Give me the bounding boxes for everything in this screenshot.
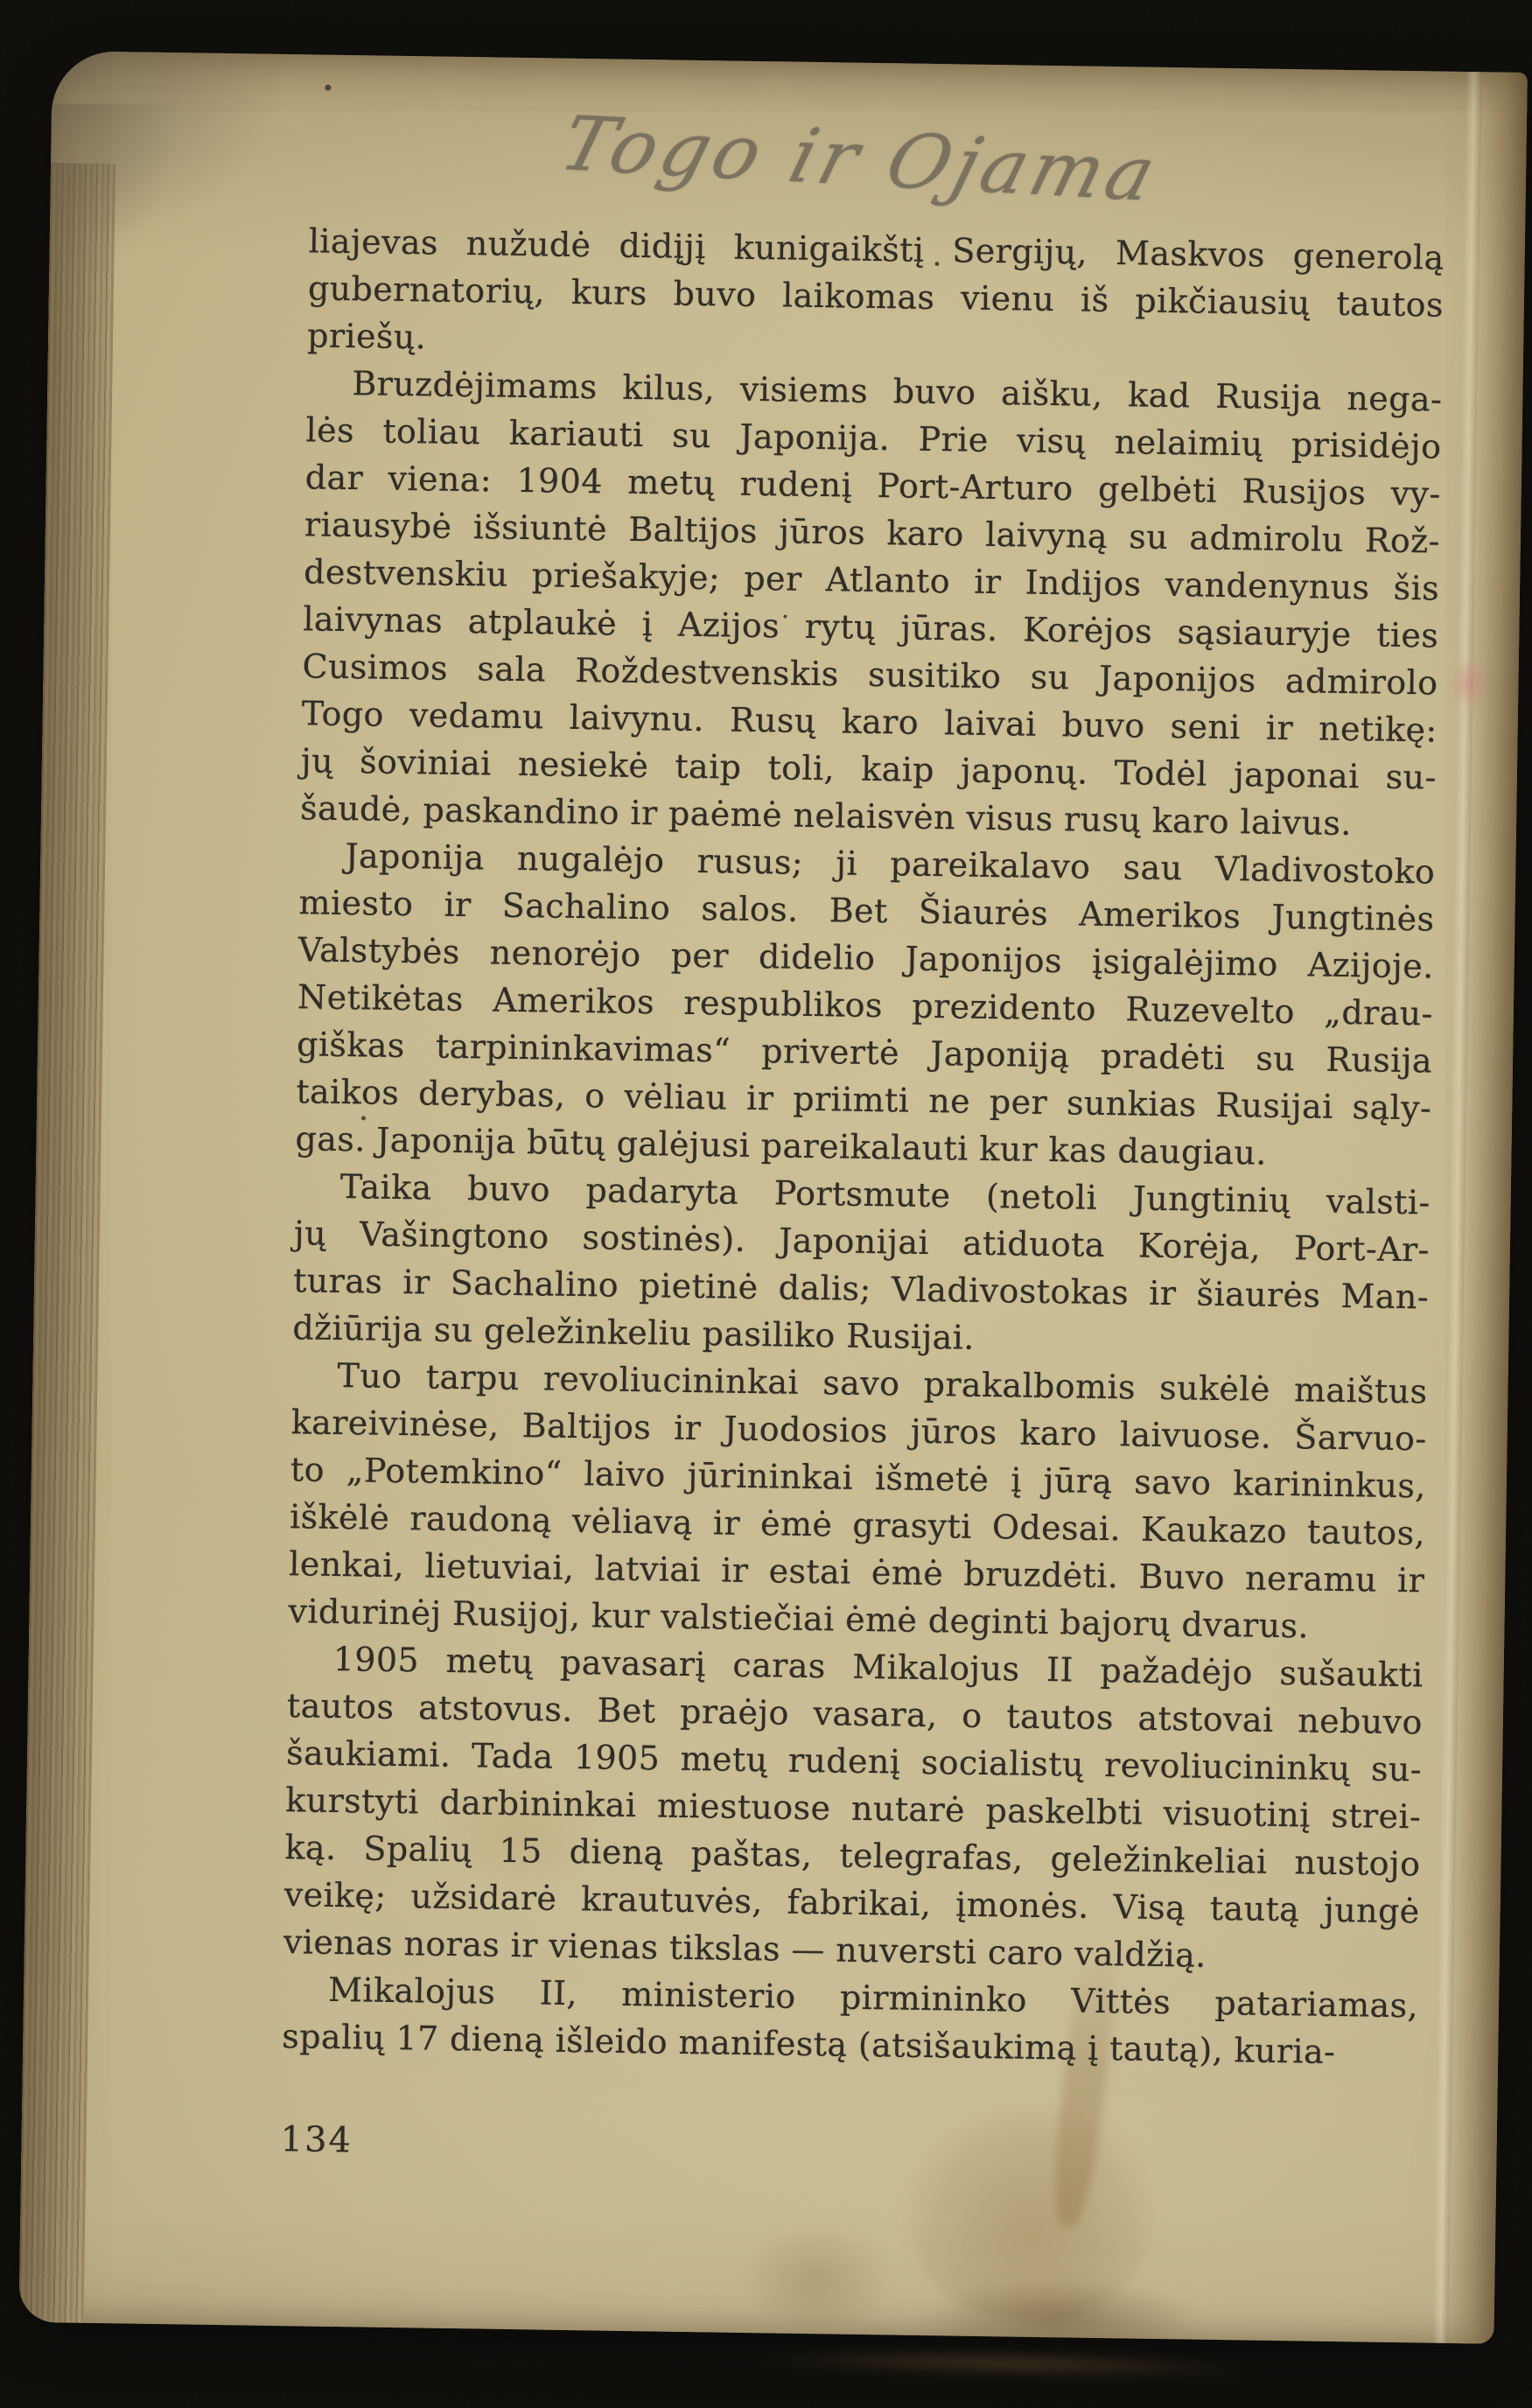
paper-stain bbox=[903, 2103, 1160, 2325]
body-text: liajevas nužudė didįjį kunigaikštį Sergi… bbox=[282, 217, 1445, 2076]
page-number: 134 bbox=[280, 2119, 353, 2160]
handwritten-annotation: Togo ir Ojama bbox=[552, 101, 1239, 222]
scan-background: Togo ir Ojama liajevas nužudė didįjį kun… bbox=[0, 0, 1532, 2408]
paper-stain bbox=[928, 2278, 1192, 2344]
paper-stain bbox=[736, 2222, 895, 2339]
book-page: Togo ir Ojama liajevas nužudė didįjį kun… bbox=[18, 51, 1527, 2344]
page-edge-reflection bbox=[761, 2347, 1251, 2380]
paper-speck bbox=[325, 85, 331, 91]
page-stack-edge bbox=[18, 163, 115, 2323]
